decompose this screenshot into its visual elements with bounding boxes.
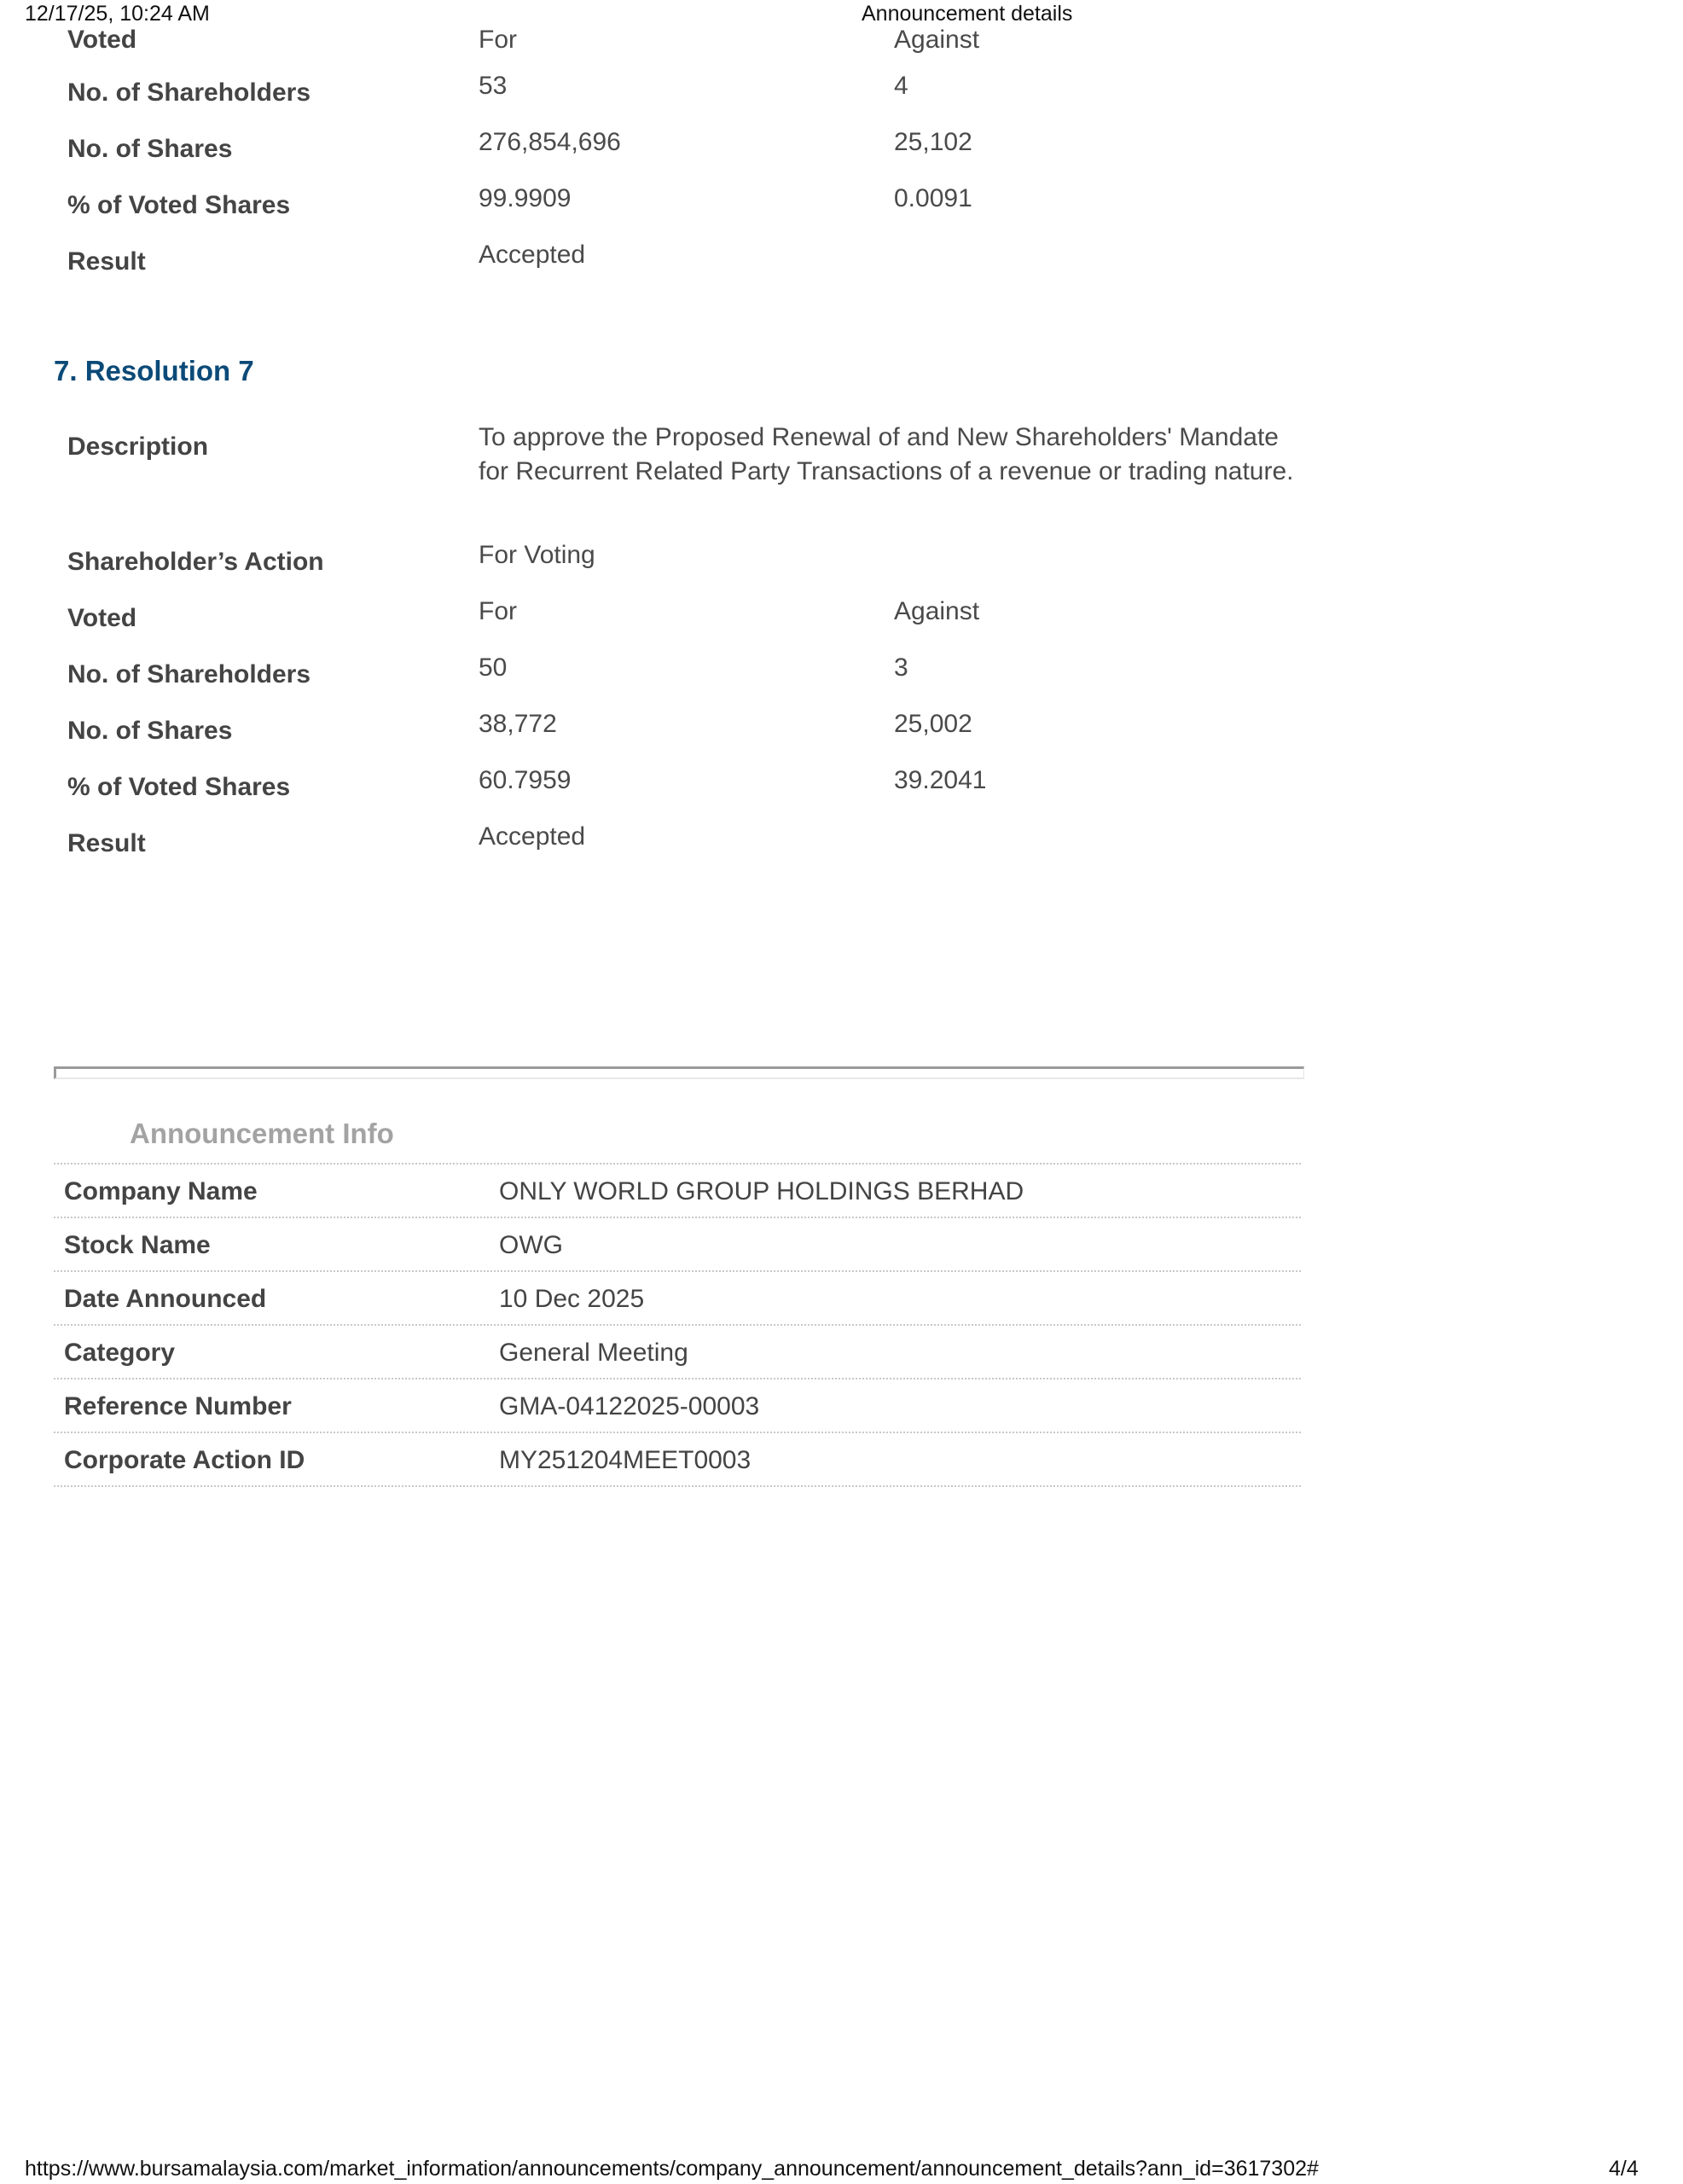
against-value: 3 bbox=[894, 653, 908, 682]
row-label: % of Voted Shares bbox=[67, 191, 290, 220]
info-key: Reference Number bbox=[64, 1392, 292, 1421]
info-key: Category bbox=[64, 1339, 175, 1368]
announcement-info-title: Announcement Info bbox=[130, 1118, 394, 1150]
table-row: % of Voted Shares 60.7959 39.2041 bbox=[54, 763, 1308, 819]
against-value: Against bbox=[894, 26, 979, 55]
row-label: Result bbox=[67, 829, 146, 858]
against-value: 25,102 bbox=[894, 128, 972, 157]
description-row: Description To approve the Proposed Rene… bbox=[54, 422, 1308, 537]
action-row: Shareholder’s Action For Voting bbox=[54, 537, 1308, 594]
for-value: 99.9909 bbox=[479, 184, 571, 213]
info-value: ONLY WORLD GROUP HOLDINGS BERHAD bbox=[499, 1177, 1024, 1206]
info-row-date-announced: Date Announced 10 Dec 2025 bbox=[54, 1272, 1301, 1326]
row-label: Shareholder’s Action bbox=[67, 548, 324, 577]
against-value: 4 bbox=[894, 72, 908, 101]
table-row: % of Voted Shares 99.9909 0.0091 bbox=[54, 181, 1308, 237]
row-label: No. of Shares bbox=[67, 717, 232, 746]
info-key: Date Announced bbox=[64, 1285, 266, 1314]
info-value: General Meeting bbox=[499, 1339, 688, 1368]
info-row-corporate-action-id: Corporate Action ID MY251204MEET0003 bbox=[54, 1433, 1301, 1487]
table-row: Result Accepted bbox=[54, 237, 1308, 293]
row-label: Voted bbox=[67, 26, 136, 55]
info-row-company-name: Company Name ONLY WORLD GROUP HOLDINGS B… bbox=[54, 1165, 1301, 1218]
info-row-category: Category General Meeting bbox=[54, 1326, 1301, 1380]
table-row: Voted For Against bbox=[54, 594, 1308, 650]
announcement-info-table: Company Name ONLY WORLD GROUP HOLDINGS B… bbox=[54, 1163, 1301, 1487]
prev-resolution-table: Voted For Against No. of Shareholders 53… bbox=[54, 11, 1308, 293]
table-row: No. of Shares 38,772 25,002 bbox=[54, 706, 1308, 763]
against-value: 25,002 bbox=[894, 710, 972, 739]
table-row: No. of Shareholders 50 3 bbox=[54, 650, 1308, 706]
row-label: % of Voted Shares bbox=[67, 773, 290, 802]
info-key: Stock Name bbox=[64, 1231, 211, 1260]
resolution-heading: 7. Resolution 7 bbox=[54, 355, 254, 387]
info-row-stock-name: Stock Name OWG bbox=[54, 1218, 1301, 1272]
row-label: No. of Shareholders bbox=[67, 78, 310, 107]
info-value: GMA-04122025-00003 bbox=[499, 1392, 759, 1421]
table-row: No. of Shares 276,854,696 25,102 bbox=[54, 125, 1308, 181]
for-value: 38,772 bbox=[479, 710, 557, 739]
table-row: Voted For Against bbox=[54, 11, 1308, 68]
info-value: OWG bbox=[499, 1231, 563, 1260]
info-row-reference-number: Reference Number GMA-04122025-00003 bbox=[54, 1380, 1301, 1433]
table-row: No. of Shareholders 53 4 bbox=[54, 68, 1308, 125]
resolution7-table: Description To approve the Proposed Rene… bbox=[54, 422, 1308, 875]
for-value: For bbox=[479, 26, 517, 55]
page-url: https://www.bursamalaysia.com/market_inf… bbox=[25, 2157, 1319, 2181]
row-label: Result bbox=[67, 247, 146, 276]
result-value: Accepted bbox=[479, 822, 585, 851]
for-value: 276,854,696 bbox=[479, 128, 621, 157]
for-value: 50 bbox=[479, 653, 507, 682]
action-value: For Voting bbox=[479, 541, 595, 570]
against-value: 39.2041 bbox=[894, 766, 986, 795]
row-label: Voted bbox=[67, 604, 136, 633]
info-value: 10 Dec 2025 bbox=[499, 1285, 644, 1314]
row-label: Description bbox=[67, 433, 208, 462]
result-value: Accepted bbox=[479, 241, 585, 270]
page-number: 4/4 bbox=[1609, 2157, 1639, 2181]
for-value: 53 bbox=[479, 72, 507, 101]
table-row: Result Accepted bbox=[54, 819, 1308, 875]
for-value: For bbox=[479, 597, 517, 626]
against-value: 0.0091 bbox=[894, 184, 972, 213]
section-divider bbox=[54, 1066, 1304, 1079]
against-value: Against bbox=[894, 597, 979, 626]
info-key: Corporate Action ID bbox=[64, 1446, 305, 1475]
for-value: 60.7959 bbox=[479, 766, 571, 795]
info-key: Company Name bbox=[64, 1177, 258, 1206]
row-label: No. of Shareholders bbox=[67, 660, 310, 689]
description-text: To approve the Proposed Renewal of and N… bbox=[479, 421, 1297, 489]
row-label: No. of Shares bbox=[67, 135, 232, 164]
info-value: MY251204MEET0003 bbox=[499, 1446, 751, 1475]
